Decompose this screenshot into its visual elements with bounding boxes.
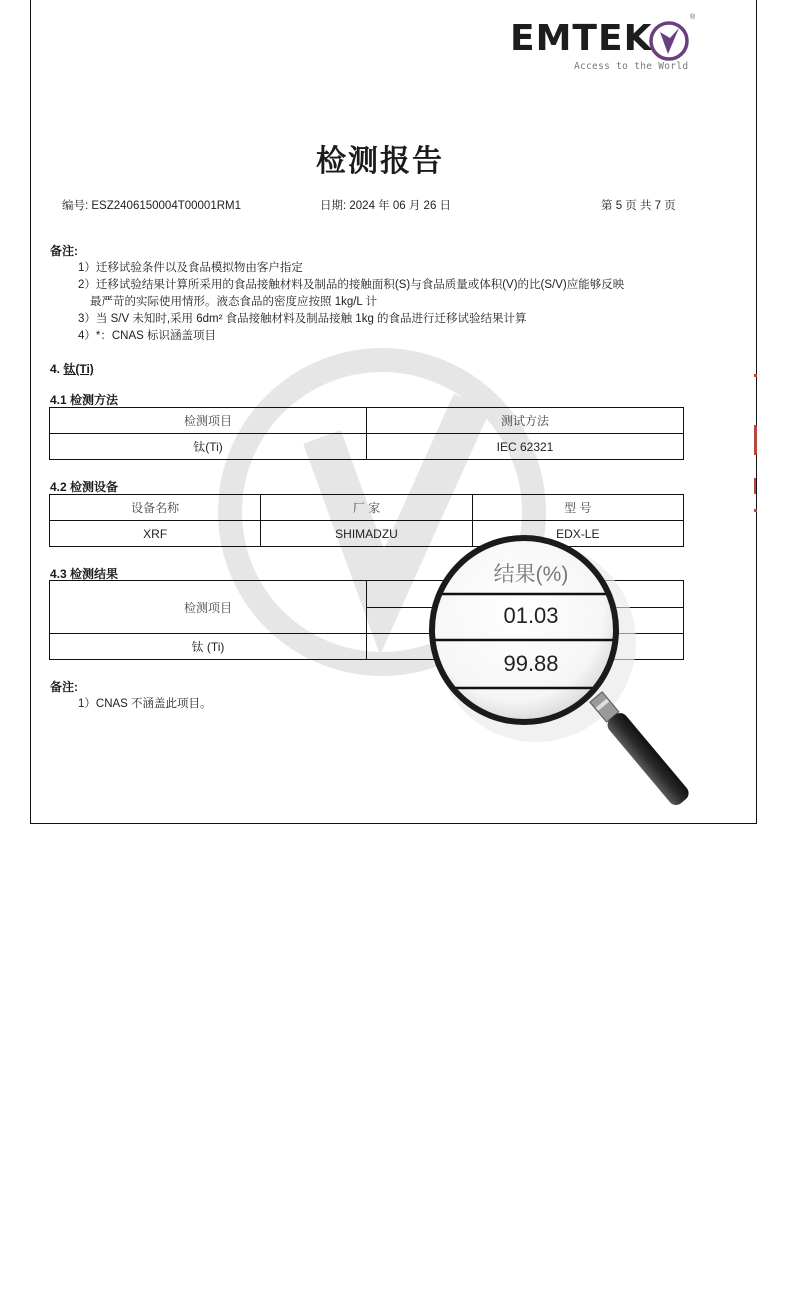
note-item: 2）迁移试验结果计算所采用的食品接触材料及制品的接触面积(S)与食品质量或体积(… <box>78 276 624 292</box>
note-item: 4）*：CNAS 标识涵盖项目 <box>78 327 216 343</box>
edge-artifact <box>754 374 757 377</box>
table-row: XRF SHIMADZU EDX-LE <box>50 521 684 547</box>
report-title: 检测报告 <box>0 136 760 180</box>
page-indicator: 第 5 页 共 7 页 <box>601 197 676 213</box>
result-sub-value: 01.03 <box>436 603 626 629</box>
table-header: 检测项目 <box>50 581 367 634</box>
table-header: 检测项目 <box>50 408 367 434</box>
logo-brand: EMTEK <box>510 18 652 59</box>
result-value: 99.88 <box>436 651 626 677</box>
method-table: 检测项目 测试方法 钛(Ti) IEC 62321 <box>49 407 684 460</box>
emtek-logo: EMTEK ® Access to the World <box>510 14 700 74</box>
results-note-item: 1）CNAS 不涵盖此项目。 <box>78 695 212 711</box>
edge-artifact <box>754 509 757 512</box>
table-cell: EDX-LE <box>472 521 683 547</box>
results-notes-heading: 备注: <box>50 678 78 695</box>
table-cell: XRF <box>50 521 261 547</box>
result-header-magnified: 结果(%) <box>436 558 626 588</box>
table-cell: 钛(Ti) <box>50 434 367 460</box>
section-title: 钛(Ti) <box>63 362 93 376</box>
table-row: 钛(Ti) IEC 62321 <box>50 434 684 460</box>
logo-tagline: Access to the World <box>574 61 688 72</box>
table-header: 设备名称 <box>50 495 261 521</box>
note-item: 1）迁移试验条件以及食品模拟物由客户指定 <box>78 259 303 275</box>
report-date: 日期: 2024 年 06 月 26 日 <box>320 197 451 213</box>
equipment-table: 设备名称 厂 家 型 号 XRF SHIMADZU EDX-LE <box>49 494 684 547</box>
table-header: 测试方法 <box>367 408 684 434</box>
edge-artifact <box>754 478 756 494</box>
note-item-continued: 最严苛的实际使用情形。液态食品的密度应按照 1kg/L 计 <box>90 293 377 309</box>
table-header: 型 号 <box>472 495 683 521</box>
notes-heading: 备注: <box>50 242 78 259</box>
registered-mark: ® <box>690 14 695 21</box>
section-heading: 4. 钛(Ti) <box>50 360 94 377</box>
section-number: 4. <box>50 362 60 376</box>
table-cell: 钛 (Ti) <box>50 634 367 660</box>
edge-artifact <box>754 425 757 455</box>
table-cell: SHIMADZU <box>261 521 472 547</box>
note-item: 3）当 S/V 未知时,采用 6dm² 食品接触材料及制品接触 1kg 的食品进… <box>78 310 527 326</box>
report-number: 编号: ESZ2406150004T00001RM1 <box>62 197 241 213</box>
method-heading: 4.1 检测方法 <box>50 391 118 408</box>
logo-check-icon <box>648 20 690 62</box>
table-cell: IEC 62321 <box>367 434 684 460</box>
table-header: 厂 家 <box>261 495 472 521</box>
equipment-heading: 4.2 检测设备 <box>50 478 118 495</box>
